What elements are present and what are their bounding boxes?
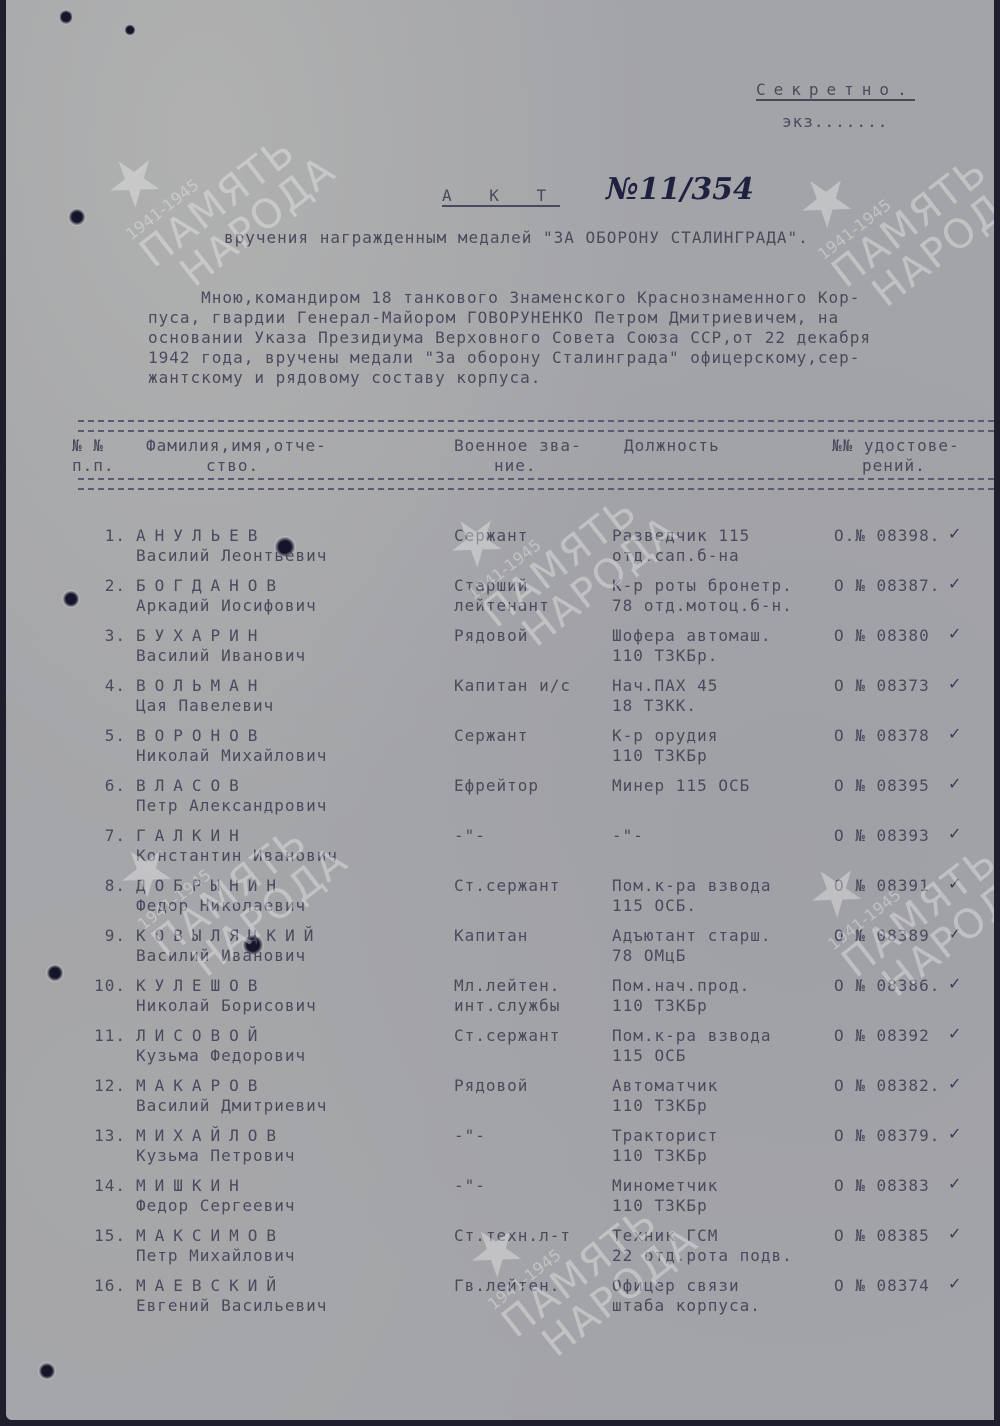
position: Техник ГСМ bbox=[612, 1226, 718, 1245]
surname: ВОЛЬМАН bbox=[136, 676, 266, 695]
table-row: 6.ВЛАСОВПетр АлександровичЕфрейторМинер … bbox=[6, 776, 994, 826]
act-number-handwritten: №11/354 bbox=[606, 172, 754, 207]
position-cont: 110 ТЗКБр bbox=[612, 746, 708, 765]
position-cont: 110 ТЗКБр bbox=[612, 1096, 708, 1115]
header-name: ство. bbox=[206, 456, 259, 475]
surname: МАЕВСКИЙ bbox=[136, 1276, 285, 1295]
certificate-number: О № 08393 bbox=[834, 826, 930, 845]
document-subtitle: вручения награжденным медалей "ЗА ОБОРОН… bbox=[224, 228, 809, 247]
row-number: 12. bbox=[80, 1076, 126, 1095]
table-row: 11.ЛИСОВОЙКузьма ФедоровичСт.сержантПом.… bbox=[6, 1026, 994, 1076]
act-title: А К Т bbox=[442, 186, 560, 207]
position-cont: 78 ОМцБ bbox=[612, 946, 686, 965]
military-rank: Ст.сержант bbox=[454, 1026, 560, 1045]
position-cont: 115 ОСБ bbox=[612, 1046, 686, 1065]
certificate-number: О № 08379. bbox=[834, 1126, 940, 1145]
given-names: Федор Николаевич bbox=[136, 896, 306, 915]
position: Минер 115 ОСБ bbox=[612, 776, 750, 795]
military-rank: Рядовой bbox=[454, 1076, 528, 1095]
check-mark-icon: ✓ bbox=[948, 1074, 962, 1093]
position: Адъютант старш. bbox=[612, 926, 772, 945]
row-number: 13. bbox=[80, 1126, 126, 1145]
position: Шофера автомаш. bbox=[612, 626, 772, 645]
certificate-number: О № 08378 bbox=[834, 726, 930, 745]
military-rank: Ст.техн.л-т bbox=[454, 1226, 571, 1245]
certificate-number: О.№ 08398. bbox=[834, 526, 940, 545]
row-number: 4. bbox=[80, 676, 126, 695]
intro-line: 1942 года, вручены медали "За оборону Ст… bbox=[148, 348, 860, 367]
certificate-number: О № 08373 bbox=[834, 676, 930, 695]
military-rank: Мл.лейтен. bbox=[454, 976, 560, 995]
surname: МАКСИМОВ bbox=[136, 1226, 285, 1245]
check-mark-icon: ✓ bbox=[948, 1024, 962, 1043]
row-number: 6. bbox=[80, 776, 126, 795]
surname: КУЛЕШОВ bbox=[136, 976, 266, 995]
given-names: Василий Леонтьевич bbox=[136, 546, 327, 565]
given-names: Николай Михайлович bbox=[136, 746, 327, 765]
row-number: 9. bbox=[80, 926, 126, 945]
given-names: Федор Сергеевич bbox=[136, 1196, 296, 1215]
check-mark-icon: ✓ bbox=[948, 624, 962, 643]
certificate-number: О № 08389 bbox=[834, 926, 930, 945]
surname: БУХАРИН bbox=[136, 626, 266, 645]
check-mark-icon: ✓ bbox=[948, 674, 962, 693]
check-mark-icon: ✓ bbox=[948, 874, 962, 893]
punch-hole bbox=[60, 8, 72, 26]
row-number: 3. bbox=[80, 626, 126, 645]
position-cont: штаба корпуса. bbox=[612, 1296, 761, 1315]
table-row: 7.ГАЛКИНКонстантин Иванович-"--"-О № 083… bbox=[6, 826, 994, 876]
position: К-р роты бронетр. bbox=[612, 576, 793, 595]
punch-hole bbox=[124, 24, 136, 36]
given-names: Константин Иванович bbox=[136, 846, 338, 865]
military-rank: -"- bbox=[454, 1176, 486, 1195]
certificate-number: О № 08386. bbox=[834, 976, 940, 995]
position: Пом.к-ра взвода bbox=[612, 1026, 772, 1045]
check-mark-icon: ✓ bbox=[948, 974, 962, 993]
position: Минометчик bbox=[612, 1176, 718, 1195]
surname: ВОРОНОВ bbox=[136, 726, 266, 745]
position-cont: 110 ТЗКБр bbox=[612, 996, 708, 1015]
table-row: 3.БУХАРИНВасилий ИвановичРядовойШофера а… bbox=[6, 626, 994, 676]
position-cont: 110 ТЗКБр bbox=[612, 1196, 708, 1215]
intro-line: жантскому и рядовому составу корпуса. bbox=[148, 368, 541, 387]
check-mark-icon: ✓ bbox=[948, 774, 962, 793]
certificate-number: О № 08374 bbox=[834, 1276, 930, 1295]
position: Офицер связи bbox=[612, 1276, 740, 1295]
star-icon: ★ bbox=[92, 55, 284, 225]
row-number: 11. bbox=[80, 1026, 126, 1045]
punch-hole bbox=[68, 208, 86, 226]
certificate-number: О № 08385 bbox=[834, 1226, 930, 1245]
check-mark-icon: ✓ bbox=[948, 724, 962, 743]
position: Нач.ПАХ 45 bbox=[612, 676, 718, 695]
surname: ЛИСОВОЙ bbox=[136, 1026, 266, 1045]
position-cont: 115 ОСБ. bbox=[612, 896, 697, 915]
intro-line: основании Указа Президиума Верховного Со… bbox=[148, 328, 871, 347]
certificate-number: О № 08392 bbox=[834, 1026, 930, 1045]
header-certificate: рений. bbox=[862, 456, 926, 475]
check-mark-icon: ✓ bbox=[948, 1274, 962, 1293]
given-names: Кузьма Федорович bbox=[136, 1046, 306, 1065]
military-rank: Ефрейтор bbox=[454, 776, 539, 795]
certificate-number: О № 08383 bbox=[834, 1176, 930, 1195]
given-names: Петр Александрович bbox=[136, 796, 327, 815]
header-rank: ние. bbox=[494, 456, 537, 475]
header-rank: Военное зва- bbox=[454, 436, 582, 455]
military-rank: Сержант bbox=[454, 526, 528, 545]
check-mark-icon: ✓ bbox=[948, 1174, 962, 1193]
position-cont: отд.сап.б-на bbox=[612, 546, 740, 565]
watermark: ★ 1941-1945 ПАМЯТЬ НАРОДА bbox=[84, 55, 343, 306]
surname: ГАЛКИН bbox=[136, 826, 248, 845]
table-row: 9.КОВЫЛЯЦКИЙВасилий ИвановичКапитанАдъют… bbox=[6, 926, 994, 976]
header-num: п.п. bbox=[72, 456, 115, 475]
given-names: Василий Дмитриевич bbox=[136, 1096, 327, 1115]
table-row: 10.КУЛЕШОВНиколай БорисовичМл.лейтен.инт… bbox=[6, 976, 994, 1026]
military-rank-cont: лейтенант bbox=[454, 596, 550, 615]
classification-stamp: Секретно. bbox=[756, 80, 915, 101]
military-rank: Ст.сержант bbox=[454, 876, 560, 895]
row-number: 7. bbox=[80, 826, 126, 845]
table-row: 1.АНУЛЬЕВВасилий ЛеонтьевичСержантРазвед… bbox=[6, 526, 994, 576]
table-row: 4.ВОЛЬМАНЦая ПавелевичКапитан и/сНач.ПАХ… bbox=[6, 676, 994, 726]
surname: МИШКИН bbox=[136, 1176, 248, 1195]
certificate-number: О № 08387. bbox=[834, 576, 940, 595]
row-number: 14. bbox=[80, 1176, 126, 1195]
given-names: Кузьма Петрович bbox=[136, 1146, 296, 1165]
table-row: 12.МАКАРОВВасилий ДмитриевичРядовойАвтом… bbox=[6, 1076, 994, 1126]
surname: ДОБРЫНИН bbox=[136, 876, 285, 895]
military-rank: Старший bbox=[454, 576, 528, 595]
header-num: № № bbox=[72, 436, 104, 455]
surname: КОВЫЛЯЦКИЙ bbox=[136, 926, 322, 945]
row-number: 5. bbox=[80, 726, 126, 745]
military-rank: -"- bbox=[454, 1126, 486, 1145]
header-position: Должность bbox=[624, 436, 720, 455]
check-mark-icon: ✓ bbox=[948, 1224, 962, 1243]
row-number: 10. bbox=[80, 976, 126, 995]
header-certificate: №№ удостове- bbox=[832, 436, 960, 455]
military-rank-cont: инт.службы bbox=[454, 996, 560, 1015]
position-cont: 18 ТЗКК. bbox=[612, 696, 697, 715]
table-row: 2.БОГДАНОВАркадий ИосифовичСтаршийлейтен… bbox=[6, 576, 994, 626]
military-rank: Сержант bbox=[454, 726, 528, 745]
table-rule-top bbox=[78, 420, 994, 432]
row-number: 15. bbox=[80, 1226, 126, 1245]
check-mark-icon: ✓ bbox=[948, 924, 962, 943]
position: Пом.к-ра взвода bbox=[612, 876, 772, 895]
row-number: 16. bbox=[80, 1276, 126, 1295]
military-rank: Капитан bbox=[454, 926, 528, 945]
punch-hole bbox=[38, 1362, 56, 1380]
position: -"- bbox=[612, 826, 644, 845]
surname: АНУЛЬЕВ bbox=[136, 526, 266, 545]
surname: МИХАЙЛОВ bbox=[136, 1126, 285, 1145]
table-row: 8.ДОБРЫНИНФедор НиколаевичСт.сержантПом.… bbox=[6, 876, 994, 926]
intro-line: Мною,командиром 18 танкового Знаменского… bbox=[148, 288, 860, 307]
military-rank: Рядовой bbox=[454, 626, 528, 645]
given-names: Евгений Васильевич bbox=[136, 1296, 327, 1315]
position: Автоматчик bbox=[612, 1076, 718, 1095]
position: К-р орудия bbox=[612, 726, 718, 745]
row-number: 1. bbox=[80, 526, 126, 545]
surname: МАКАРОВ bbox=[136, 1076, 266, 1095]
copy-label: экз....... bbox=[782, 112, 888, 131]
military-rank: Капитан и/с bbox=[454, 676, 571, 695]
intro-line: пуса, гвардии Генерал-Майором ГОВОРУНЕНК… bbox=[148, 308, 839, 327]
header-name: Фамилия,имя,отче- bbox=[146, 436, 327, 455]
position: Тракторист bbox=[612, 1126, 718, 1145]
given-names: Петр Михайлович bbox=[136, 1246, 296, 1265]
position-cont: 22 отд.рота подв. bbox=[612, 1246, 793, 1265]
given-names: Цая Павелевич bbox=[136, 696, 274, 715]
position-cont: 110 ТЗКБр bbox=[612, 1146, 708, 1165]
surname: ВЛАСОВ bbox=[136, 776, 248, 795]
surname: БОГДАНОВ bbox=[136, 576, 285, 595]
given-names: Аркадий Иосифович bbox=[136, 596, 317, 615]
check-mark-icon: ✓ bbox=[948, 524, 962, 543]
given-names: Николай Борисович bbox=[136, 996, 317, 1015]
document-page: Секретно. экз....... А К Т №11/354 вруче… bbox=[6, 0, 994, 1420]
certificate-number: О № 08380 bbox=[834, 626, 930, 645]
given-names: Василий Иванович bbox=[136, 646, 306, 665]
certificate-number: О № 08395 bbox=[834, 776, 930, 795]
position: Разведчик 115 bbox=[612, 526, 750, 545]
position: Пом.нач.прод. bbox=[612, 976, 750, 995]
table-row: 14.МИШКИНФедор Сергеевич-"-Минометчик110… bbox=[6, 1176, 994, 1226]
table-rule-bottom bbox=[78, 478, 994, 490]
row-number: 2. bbox=[80, 576, 126, 595]
position-cont: 78 отд.мотоц.б-н. bbox=[612, 596, 793, 615]
table-row: 13.МИХАЙЛОВКузьма Петрович-"-Тракторист1… bbox=[6, 1126, 994, 1176]
table-row: 16.МАЕВСКИЙЕвгений ВасильевичГв.лейтен.О… bbox=[6, 1276, 994, 1326]
certificate-number: О № 08391 bbox=[834, 876, 930, 895]
table-row: 15.МАКСИМОВПетр МихайловичСт.техн.л-тТех… bbox=[6, 1226, 994, 1276]
military-rank: Гв.лейтен. bbox=[454, 1276, 560, 1295]
check-mark-icon: ✓ bbox=[948, 574, 962, 593]
certificate-number: О № 08382. bbox=[834, 1076, 940, 1095]
military-rank: -"- bbox=[454, 826, 486, 845]
position-cont: 110 ТЗКБр. bbox=[612, 646, 718, 665]
given-names: Василий Иванович bbox=[136, 946, 306, 965]
check-mark-icon: ✓ bbox=[948, 824, 962, 843]
table-row: 5.ВОРОНОВНиколай МихайловичСержантК-р ор… bbox=[6, 726, 994, 776]
row-number: 8. bbox=[80, 876, 126, 895]
check-mark-icon: ✓ bbox=[948, 1124, 962, 1143]
